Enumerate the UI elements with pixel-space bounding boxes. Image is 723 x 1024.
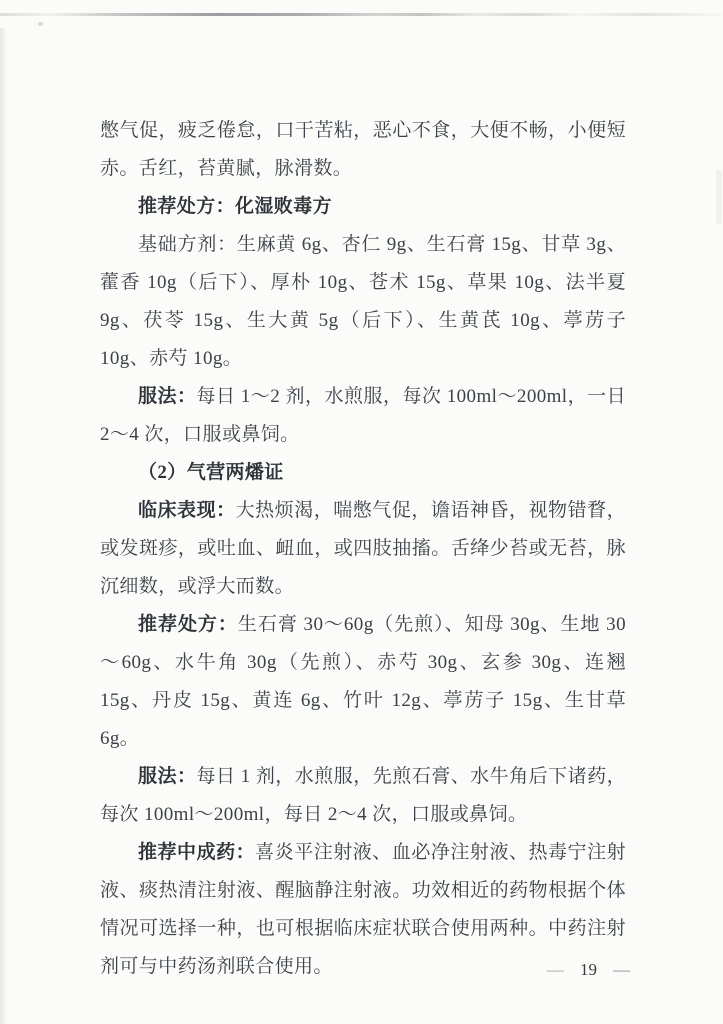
page-footer: —19—: [547, 960, 630, 980]
scan-artifact-top-edge: [0, 13, 723, 16]
footer-left-dash: —: [547, 960, 564, 979]
scan-artifact-left-edge: [0, 28, 7, 1024]
paragraph-text: 憋气促，疲乏倦怠，口干苦粘，恶心不食，大便不畅，小便短赤。舌红，苔黄腻，脉滑数。: [100, 120, 626, 179]
recommended-prescription-paragraph: 推荐处方：生石膏 30～60g（先煎）、知母 30g、生地 30～60g、水牛角…: [100, 606, 626, 758]
paragraph-text: 基础方剂：生麻黄 6g、杏仁 9g、生石膏 15g、甘草 3g、藿香 10g（后…: [100, 234, 626, 369]
page-number: 19: [580, 960, 597, 979]
scan-artifact-speck: [38, 22, 43, 26]
paragraph-label: 服法：: [138, 386, 197, 407]
paragraph-label: 服法：: [138, 766, 196, 787]
footer-right-dash: —: [613, 960, 630, 979]
paragraph-label: 推荐处方：化湿败毒方: [138, 196, 332, 217]
base-formula-paragraph: 基础方剂：生麻黄 6g、杏仁 9g、生石膏 15g、甘草 3g、藿香 10g（后…: [100, 226, 626, 378]
page-body: 憋气促，疲乏倦怠，口干苦粘，恶心不食，大便不畅，小便短赤。舌红，苔黄腻，脉滑数。…: [100, 112, 626, 986]
recommended-prescription-heading: 推荐处方：化湿败毒方: [100, 188, 626, 226]
dosage-instructions-paragraph: 服法：每日 1～2 剂，水煎服，每次 100ml～200ml，一日 2～4 次，…: [100, 378, 626, 454]
scan-artifact-right-smudge: [716, 170, 722, 225]
paragraph-label: （2）气营两燔证: [138, 462, 284, 483]
paragraph-label: 推荐中成药：: [138, 842, 255, 863]
scanned-document-page: 憋气促，疲乏倦怠，口干苦粘，恶心不食，大便不畅，小便短赤。舌红，苔黄腻，脉滑数。…: [0, 0, 723, 1024]
dosage-instructions-paragraph-2: 服法：每日 1 剂，水煎服，先煎石膏、水牛角后下诸药，每次 100ml～200m…: [100, 758, 626, 834]
paragraph-label: 推荐处方：: [138, 614, 238, 635]
paragraph-label: 临床表现：: [138, 500, 236, 521]
syndrome-subheading: （2）气营两燔证: [100, 454, 626, 492]
intro-continuation-paragraph: 憋气促，疲乏倦怠，口干苦粘，恶心不食，大便不畅，小便短赤。舌红，苔黄腻，脉滑数。: [100, 112, 626, 188]
clinical-manifestations-paragraph: 临床表现：大热烦渴，喘憋气促，谵语神昏，视物错瞀，或发斑疹，或吐血、衄血，或四肢…: [100, 492, 626, 606]
